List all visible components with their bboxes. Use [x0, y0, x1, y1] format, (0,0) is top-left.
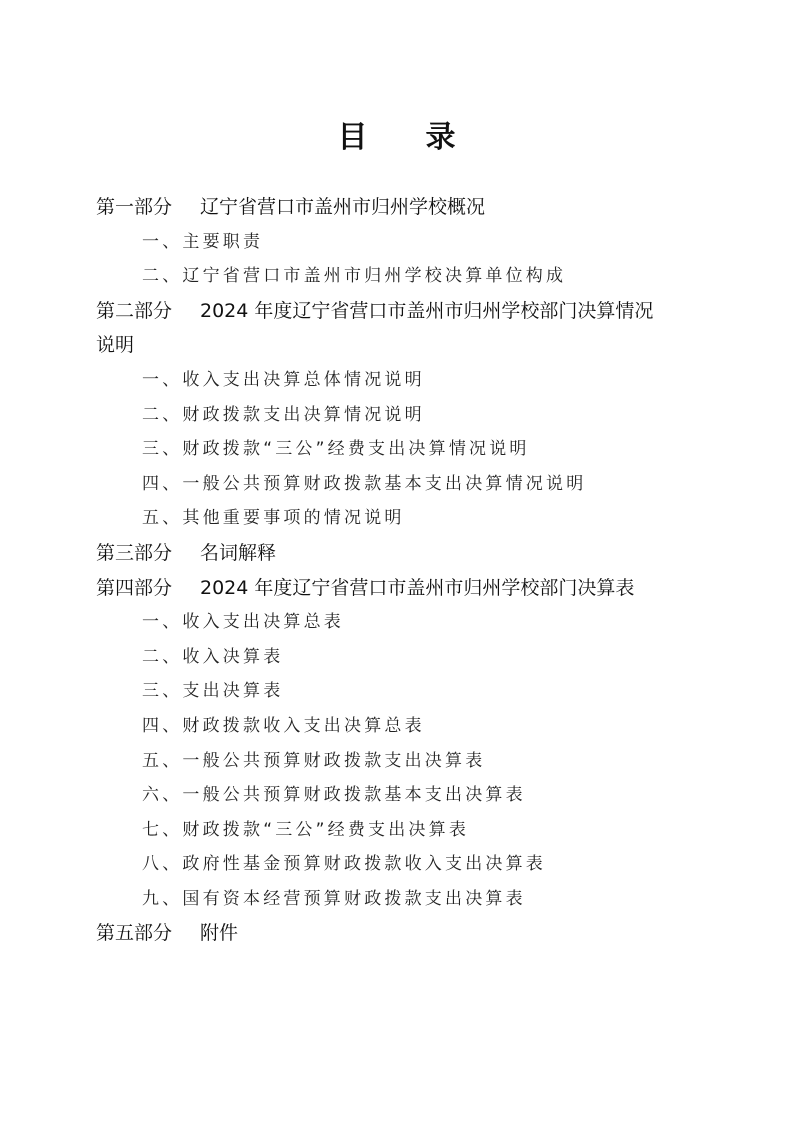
toc-item[interactable]: 二、辽宁省营口市盖州市归州学校决算单位构成	[96, 259, 716, 294]
toc-part-4[interactable]: 第四部分2024 年度辽宁省营口市盖州市归州学校部门决算表	[96, 571, 716, 606]
toc-item[interactable]: 一、收入支出决算总表	[96, 605, 716, 640]
part-title: 2024 年度辽宁省营口市盖州市归州学校部门决算情况	[200, 300, 653, 322]
toc-item[interactable]: 五、一般公共预算财政拨款支出决算表	[96, 744, 716, 779]
toc-item[interactable]: 一、收入支出决算总体情况说明	[96, 363, 716, 398]
page-title: 目录	[0, 112, 793, 156]
title-char-2: 录	[426, 112, 456, 156]
toc-part-1[interactable]: 第一部分辽宁省营口市盖州市归州学校概况	[96, 190, 716, 225]
part-label: 第三部分	[96, 536, 200, 571]
part-title-continuation[interactable]: 说明	[96, 328, 716, 363]
toc-item[interactable]: 三、财政拨款“三公”经费支出决算情况说明	[96, 432, 716, 467]
part-title: 辽宁省营口市盖州市归州学校概况	[200, 196, 485, 218]
part-label: 第四部分	[96, 571, 200, 606]
toc-item[interactable]: 七、财政拨款“三公”经费支出决算表	[96, 813, 716, 848]
part-title: 附件	[200, 922, 238, 944]
toc-part-3[interactable]: 第三部分名词解释	[96, 536, 716, 571]
toc-item[interactable]: 九、国有资本经营预算财政拨款支出决算表	[96, 882, 716, 917]
part-label: 第一部分	[96, 190, 200, 225]
toc-item[interactable]: 二、财政拨款支出决算情况说明	[96, 398, 716, 433]
title-char-1: 目	[338, 112, 368, 156]
toc-item[interactable]: 一、主要职责	[96, 225, 716, 260]
part-title: 2024 年度辽宁省营口市盖州市归州学校部门决算表	[200, 577, 634, 599]
part-title: 名词解释	[200, 542, 276, 564]
toc-item[interactable]: 五、其他重要事项的情况说明	[96, 501, 716, 536]
toc-part-5[interactable]: 第五部分附件	[96, 916, 716, 951]
part-label: 第五部分	[96, 916, 200, 951]
toc-item[interactable]: 二、收入决算表	[96, 640, 716, 675]
toc-item[interactable]: 六、一般公共预算财政拨款基本支出决算表	[96, 778, 716, 813]
toc-part-2[interactable]: 第二部分2024 年度辽宁省营口市盖州市归州学校部门决算情况	[96, 294, 716, 329]
toc-item[interactable]: 四、财政拨款收入支出决算总表	[96, 709, 716, 744]
part-label: 第二部分	[96, 294, 200, 329]
toc-item[interactable]: 三、支出决算表	[96, 674, 716, 709]
toc-item[interactable]: 四、一般公共预算财政拨款基本支出决算情况说明	[96, 467, 716, 502]
toc-item[interactable]: 八、政府性基金预算财政拨款收入支出决算表	[96, 847, 716, 882]
table-of-contents: 第一部分辽宁省营口市盖州市归州学校概况 一、主要职责 二、辽宁省营口市盖州市归州…	[96, 190, 716, 951]
